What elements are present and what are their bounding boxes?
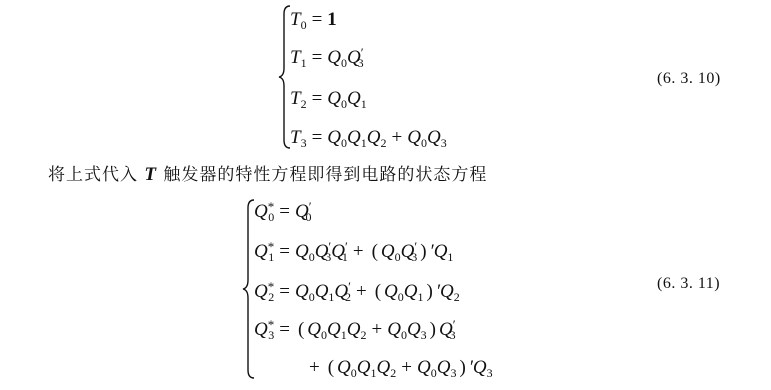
equation-q2-next: Q*2=Q0Q1Q′2+(Q0Q1)′Q2 — [254, 280, 460, 304]
prose-symbol: T — [144, 164, 157, 185]
equation-number-1: (6. 3. 10) — [657, 70, 721, 88]
prose-after: 触发器的特性方程即得到电路的状态方程 — [163, 165, 487, 185]
equation-q3-next: Q*3=(Q0Q1Q2+Q0Q3)Q′3 — [254, 318, 456, 342]
prose-line: 将上式代入 T 触发器的特性方程即得到电路的状态方程 — [48, 160, 487, 186]
equation-t0: T0=1 — [290, 8, 337, 32]
equation-t3: T3=Q0Q1Q2+Q0Q3 — [290, 126, 447, 150]
equation-system-6-3-10: T0=1 T1=Q0Q′3 T2=Q0Q1 T3=Q0Q1Q2+Q0Q3 — [278, 2, 538, 152]
equation-q1-next: Q*1=Q0Q′3Q′1+(Q0Q′3)′Q1 — [254, 240, 453, 264]
prose-before: 将上式代入 — [48, 165, 138, 185]
equation-q3-next-continued: +(Q0Q1Q2+Q0Q3)′Q3 — [304, 356, 493, 380]
equation-q0-next: Q*0=Q′0 — [254, 200, 312, 224]
equation-t2: T2=Q0Q1 — [290, 87, 367, 111]
equation-t1: T1=Q0Q′3 — [290, 46, 364, 70]
equation-number-2: (6. 3. 11) — [657, 275, 720, 293]
equation-system-6-3-11: Q*0=Q′0 Q*1=Q0Q′3Q′1+(Q0Q′3)′Q1 Q*2=Q0Q1… — [242, 196, 542, 382]
